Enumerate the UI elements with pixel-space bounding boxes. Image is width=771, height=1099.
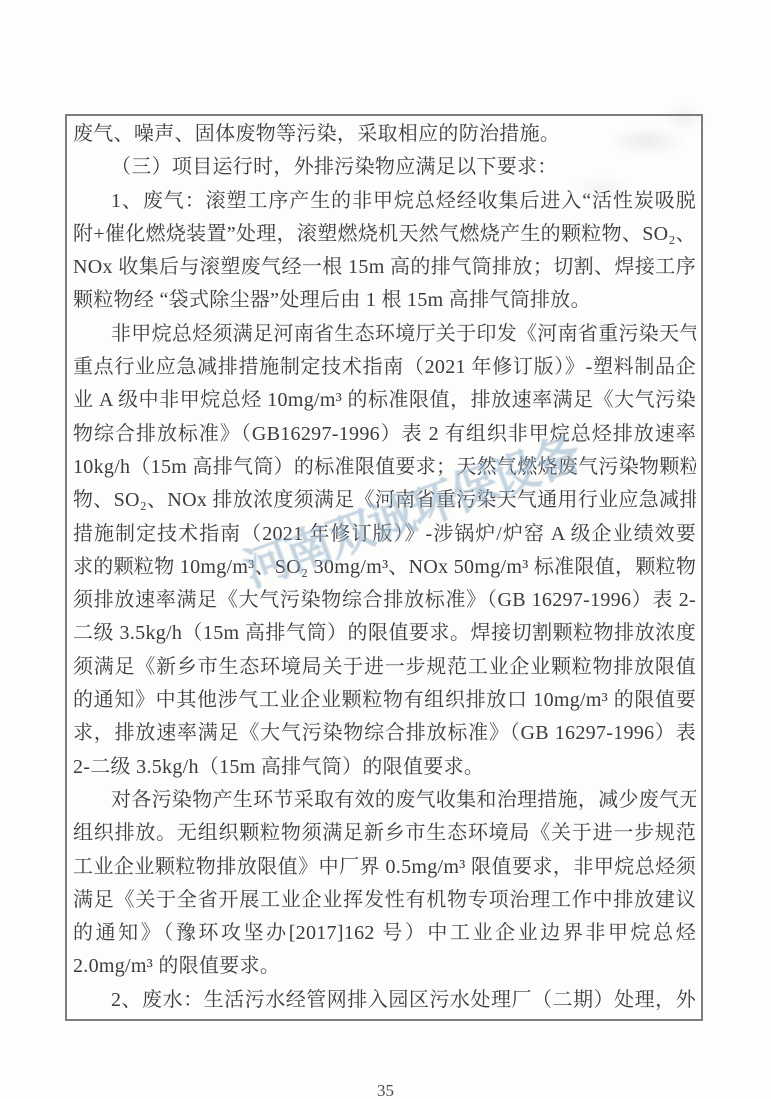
text-line: 组织排放。无组织颗粒物须满足新乡市生态环境局《关于进一步规范 [73,817,696,850]
text-line: 二级 3.5kg/h（15m 高排气筒）的限值要求。焊接切割颗粒物排放浓度 [73,617,696,650]
text-line: 2、废水：生活污水经管网排入园区污水处理厂（二期）处理，外 [73,984,696,1017]
text-line: 重点行业应急减排措施制定技术指南（2021 年修订版）》-塑料制品企 [73,351,696,384]
text-line: 非甲烷总烃须满足河南省生态环境厅关于印发《河南省重污染天气 [73,318,696,351]
scanned-page: 废气、噪声、固体废物等污染，采取相应的防治措施。（三）项目运行时，外排污染物应满… [0,0,771,1099]
text-line: 颗粒物经 “袋式除尘器”处理后由 1 根 15m 高排气筒排放。 [73,284,696,317]
text-line: 须排放速率满足《大气污染物综合排放标准》（GB 16297-1996）表 2- [73,584,696,617]
text-line: 须满足《新乡市生态环境局关于进一步规范工业企业颗粒物排放限值 [73,651,696,684]
text-line: 满足《关于全省开展工业企业挥发性有机物专项治理工作中排放建议 [73,884,696,917]
text-line: 物综合排放标准》（GB16297-1996）表 2 有组织非甲烷总烃排放速率 [73,418,696,451]
text-line: 求的颗粒物 10mg/m³、SO₂ 30mg/m³、NOx 50mg/m³ 标准… [73,551,696,584]
text-line: 的通知》（豫环攻坚办[2017]162 号）中工业企业边界非甲烷总烃 [73,917,696,950]
text-line: 1、废气：滚塑工序产生的非甲烷总烃经收集后进入“活性炭吸脱 [73,185,696,218]
text-line: 10kg/h（15m 高排气筒）的标准限值要求；天然气燃烧废气污染物颗粒 [73,451,696,484]
text-line: 附+催化燃烧装置”处理，滚塑燃烧机天然气燃烧产生的颗粒物、SO₂、 [73,218,696,251]
text-line: （三）项目运行时，外排污染物应满足以下要求： [73,151,696,184]
text-line: 措施制定技术指南（2021 年修订版）》-涉锅炉/炉窑 A 级企业绩效要 [73,518,696,551]
document-body: 废气、噪声、固体废物等污染，采取相应的防治措施。（三）项目运行时，外排污染物应满… [73,118,696,1017]
text-line: 业 A 级中非甲烷总烃 10mg/m³ 的标准限值，排放速率满足《大气污染 [73,384,696,417]
text-line: 的通知》中其他涉气工业企业颗粒物有组织排放口 10mg/m³ 的限值要 [73,684,696,717]
text-line: 求，排放速率满足《大气污染物综合排放标准》（GB 16297-1996）表 [73,717,696,750]
text-line: 物、SO₂、NOx 排放浓度须满足《河南省重污染天气通用行业应急减排 [73,484,696,517]
text-line: 工业企业颗粒物排放限值》中厂界 0.5mg/m³ 限值要求，非甲烷总烃须 [73,851,696,884]
page-number: 35 [0,1081,771,1099]
text-line: NOx 收集后与滚塑废气经一根 15m 高的排气筒排放；切割、焊接工序 [73,251,696,284]
text-line: 2.0mg/m³ 的限值要求。 [73,950,696,983]
text-line: 对各污染物产生环节采取有效的废气收集和治理措施，减少废气无 [73,784,696,817]
content-box: 废气、噪声、固体废物等污染，采取相应的防治措施。（三）项目运行时，外排污染物应满… [65,114,703,1021]
text-line: 2-二级 3.5kg/h（15m 高排气筒）的限值要求。 [73,751,696,784]
text-line: 废气、噪声、固体废物等污染，采取相应的防治措施。 [73,118,696,151]
